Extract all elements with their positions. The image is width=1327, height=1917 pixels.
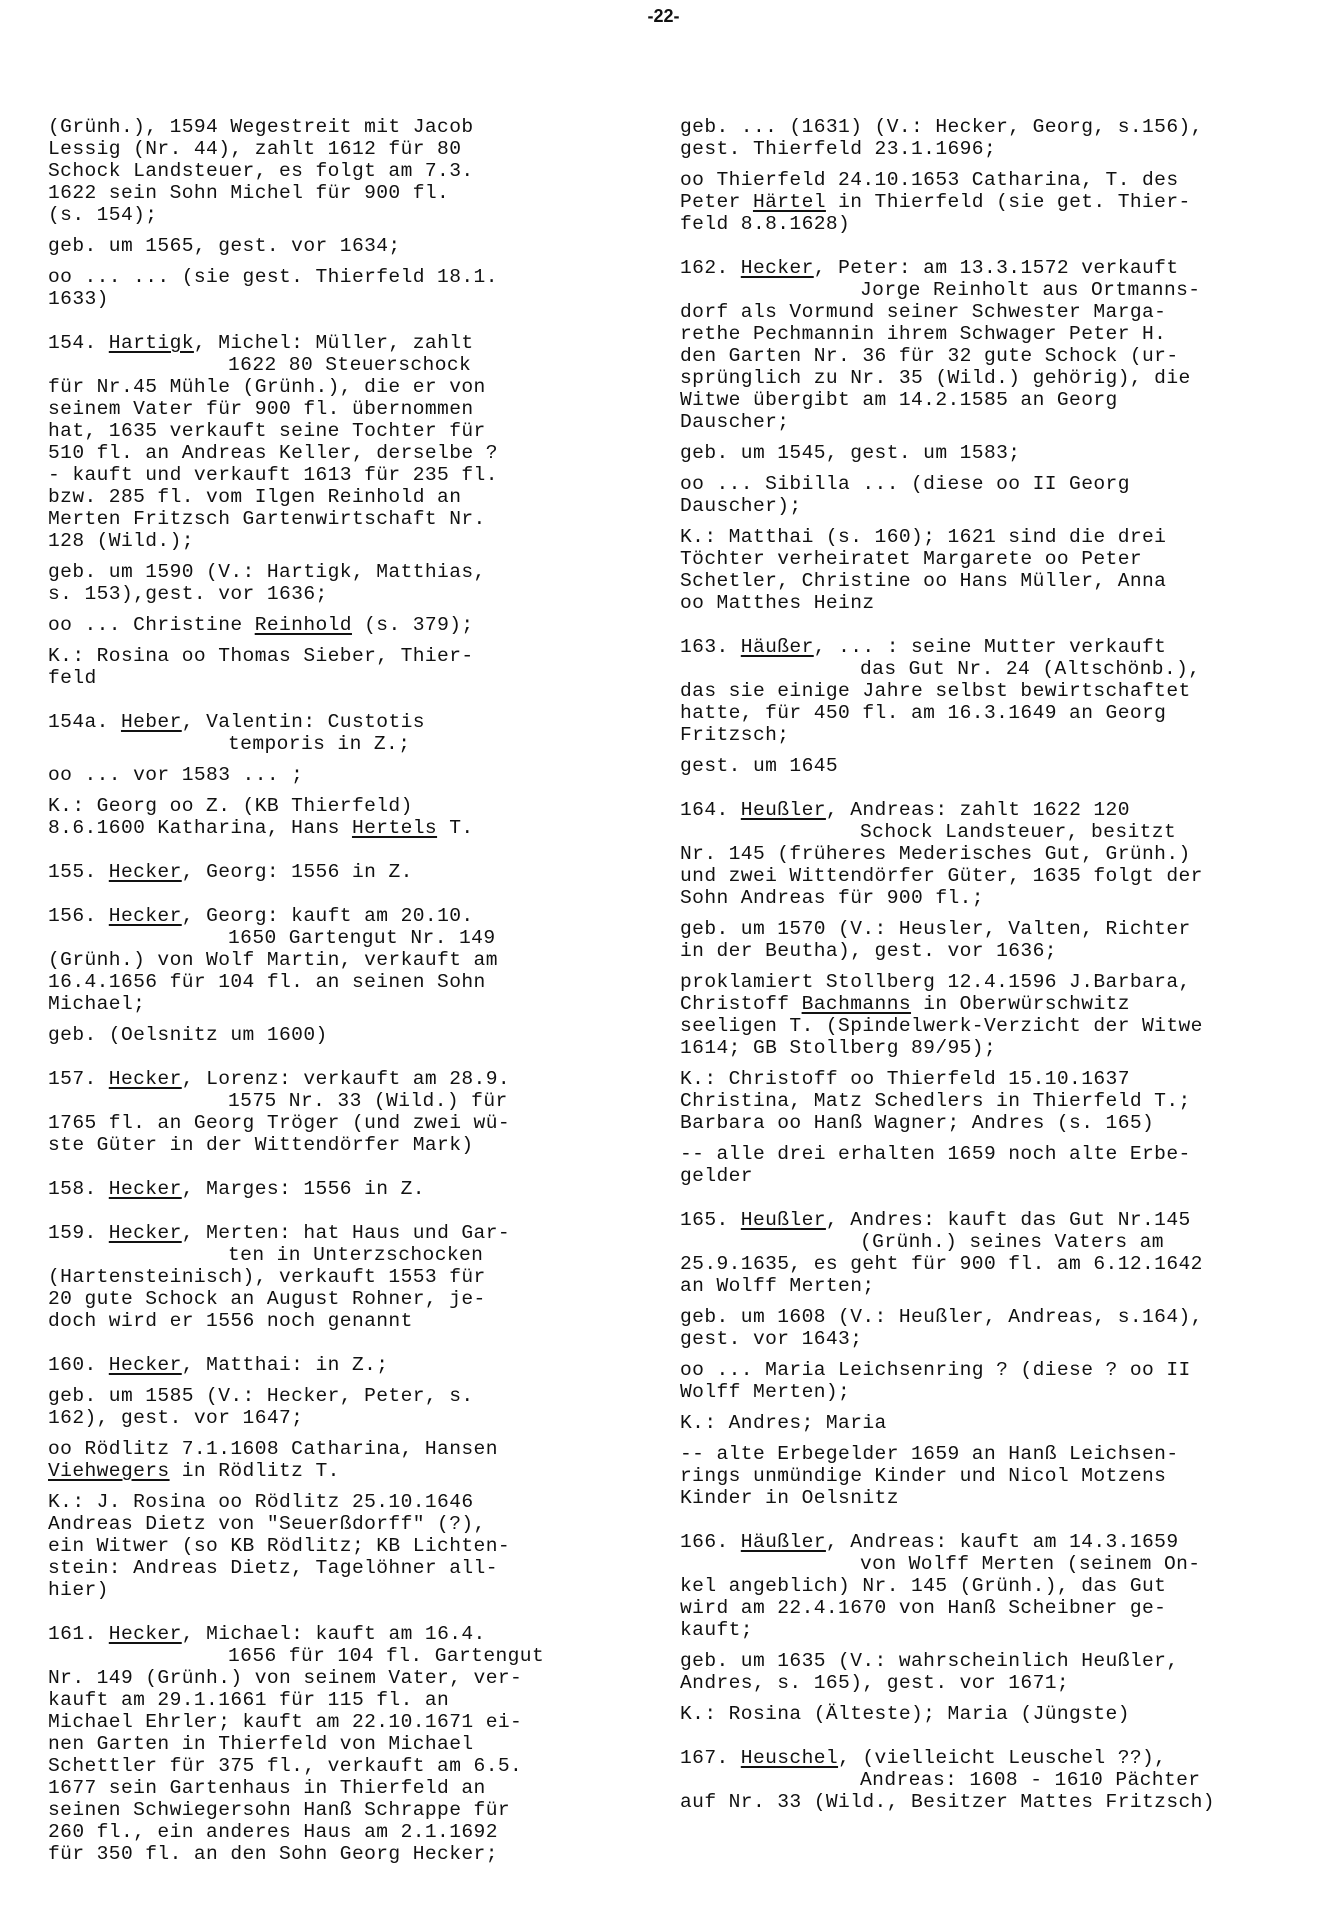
entry-indented-line: das Gut Nr. 24 (Altschönb.),	[680, 658, 1280, 680]
entry-number: 163.	[680, 636, 741, 658]
entry-heading: 163. Häußer, ... : seine Mutter verkauft	[680, 636, 1166, 658]
entry-number: 154.	[48, 332, 109, 354]
entry-indented-line: 1656 für 104 fl. Gartengut	[48, 1645, 568, 1667]
entry-indented-line: Andreas: 1608 - 1610 Pächter	[680, 1769, 1280, 1791]
register-entry: 163. Häußer, ... : seine Mutter verkauft…	[680, 636, 1280, 746]
entry-surname: Häußler	[741, 1531, 826, 1553]
entry-detail-paragraph: geb. um 1635 (V.: wahrscheinlich Heußler…	[680, 1650, 1280, 1694]
entry-heading: 164. Heußler, Andreas: zahlt 1622 120	[680, 799, 1130, 821]
entry-number: 154a.	[48, 711, 121, 733]
entry-surname: Hartigk	[109, 332, 194, 354]
entry-number: 159.	[48, 1222, 109, 1244]
entry-number: 156.	[48, 905, 109, 927]
entry-surname: Heußler	[741, 799, 826, 821]
entry-indented-line: (Grünh.) seines Vaters am	[680, 1231, 1280, 1253]
entry-number: 164.	[680, 799, 741, 821]
entry-indented-line: ten in Unterzschocken	[48, 1244, 568, 1266]
entry-detail-paragraph: oo ... Sibilla ... (diese oo II GeorgDau…	[680, 473, 1280, 517]
register-entry: 161. Hecker, Michael: kauft am 16.4.1656…	[48, 1623, 568, 1865]
register-entry: 160. Hecker, Matthai: in Z.;	[48, 1354, 568, 1376]
entry-detail-paragraph: geb. um 1565, gest. vor 1634;	[48, 235, 568, 257]
register-entry: 159. Hecker, Merten: hat Haus und Gar-te…	[48, 1222, 568, 1332]
entry-detail-paragraph: -- alte Erbegelder 1659 an Hanß Leichsen…	[680, 1443, 1280, 1509]
entry-surname: Hecker	[109, 1178, 182, 1200]
register-entry: 157. Hecker, Lorenz: verkauft am 28.9.15…	[48, 1068, 568, 1156]
entry-detail-paragraph: oo Rödlitz 7.1.1608 Catharina, HansenVie…	[48, 1438, 568, 1482]
entry-heading: 154a. Heber, Valentin: Custotis	[48, 711, 425, 733]
entry-surname: Häußer	[741, 636, 814, 658]
entry-indented-line: 1575 Nr. 33 (Wild.) für	[48, 1090, 568, 1112]
entry-detail-paragraph: K.: Georg oo Z. (KB Thierfeld)8.6.1600 K…	[48, 795, 568, 839]
entry-detail-paragraph: K.: Andres; Maria	[680, 1412, 1280, 1434]
entry-heading: 156. Hecker, Georg: kauft am 20.10.	[48, 905, 474, 927]
register-entry: 166. Häußler, Andreas: kauft am 14.3.165…	[680, 1531, 1280, 1641]
entry-surname: Hecker	[109, 861, 182, 883]
entry-detail-paragraph: geb. (Oelsnitz um 1600)	[48, 1024, 568, 1046]
entry-detail-paragraph: geb. um 1590 (V.: Hartigk, Matthias,s. 1…	[48, 561, 568, 605]
entry-number: 167.	[680, 1747, 741, 1769]
register-entry: 156. Hecker, Georg: kauft am 20.10.1650 …	[48, 905, 568, 1015]
entry-heading: 167. Heuschel, (vielleicht Leuschel ??),	[680, 1747, 1166, 1769]
left-column: (Grünh.), 1594 Wegestreit mit JacobLessi…	[48, 116, 568, 1874]
register-entry: 165. Heußler, Andres: kauft das Gut Nr.1…	[680, 1209, 1280, 1297]
entry-detail-paragraph: geb. ... (1631) (V.: Hecker, Georg, s.15…	[680, 116, 1280, 160]
entry-detail-paragraph: oo ... ... (sie gest. Thierfeld 18.1.163…	[48, 266, 568, 310]
page-number: -22-	[0, 6, 1327, 27]
entry-heading: 160. Hecker, Matthai: in Z.;	[48, 1354, 388, 1376]
register-entry: 164. Heußler, Andreas: zahlt 1622 120Sch…	[680, 799, 1280, 909]
entry-surname: Hecker	[741, 257, 814, 279]
entry-detail-paragraph: geb. um 1585 (V.: Hecker, Peter, s.162),…	[48, 1385, 568, 1429]
entry-surname: Hecker	[109, 1354, 182, 1376]
right-column: geb. ... (1631) (V.: Hecker, Georg, s.15…	[680, 116, 1280, 1822]
register-entry: 162. Hecker, Peter: am 13.3.1572 verkauf…	[680, 257, 1280, 433]
underlined-name: Hertels	[352, 817, 437, 839]
entry-indented-line: von Wolff Merten (seinem On-	[680, 1553, 1280, 1575]
entry-heading: 154. Hartigk, Michel: Müller, zahlt	[48, 332, 474, 354]
entry-number: 160.	[48, 1354, 109, 1376]
entry-detail-paragraph: gest. um 1645	[680, 755, 1280, 777]
register-entry: 167. Heuschel, (vielleicht Leuschel ??),…	[680, 1747, 1280, 1813]
entry-detail-paragraph: (Grünh.), 1594 Wegestreit mit JacobLessi…	[48, 116, 568, 226]
entry-surname: Hecker	[109, 905, 182, 927]
entry-detail-paragraph: oo ... Maria Leichsenring ? (diese ? oo …	[680, 1359, 1280, 1403]
entry-detail-paragraph: K.: Matthai (s. 160); 1621 sind die drei…	[680, 526, 1280, 614]
entry-heading: 162. Hecker, Peter: am 13.3.1572 verkauf…	[680, 257, 1179, 279]
underlined-name: Viehwegers	[48, 1460, 170, 1482]
entry-detail-paragraph: geb. um 1608 (V.: Heußler, Andreas, s.16…	[680, 1306, 1280, 1350]
register-entry: 155. Hecker, Georg: 1556 in Z.	[48, 861, 568, 883]
entry-indented-line: Jorge Reinholt aus Ortmanns-	[680, 279, 1280, 301]
register-entry: 154a. Heber, Valentin: Custotistemporis …	[48, 711, 568, 755]
entry-detail-paragraph: K.: J. Rosina oo Rödlitz 25.10.1646Andre…	[48, 1491, 568, 1601]
entry-heading: 165. Heußler, Andres: kauft das Gut Nr.1…	[680, 1209, 1191, 1231]
entry-indented-line: 1622 80 Steuerschock	[48, 354, 568, 376]
entry-indented-line: Schock Landsteuer, besitzt	[680, 821, 1280, 843]
entry-surname: Hecker	[109, 1222, 182, 1244]
entry-heading: 161. Hecker, Michael: kauft am 16.4.	[48, 1623, 486, 1645]
entry-detail-paragraph: -- alle drei erhalten 1659 noch alte Erb…	[680, 1143, 1280, 1187]
underlined-name: Härtel	[753, 191, 826, 213]
underlined-name: Reinhold	[255, 614, 352, 636]
entry-indented-line: 1650 Gartengut Nr. 149	[48, 927, 568, 949]
entry-heading: 158. Hecker, Marges: 1556 in Z.	[48, 1178, 425, 1200]
entry-surname: Hecker	[109, 1623, 182, 1645]
entry-number: 166.	[680, 1531, 741, 1553]
entry-detail-paragraph: geb. um 1570 (V.: Heusler, Valten, Richt…	[680, 918, 1280, 962]
entry-detail-paragraph: oo ... Christine Reinhold (s. 379);	[48, 614, 568, 636]
entry-detail-paragraph: K.: Rosina (Älteste); Maria (Jüngste)	[680, 1703, 1280, 1725]
entry-surname: Hecker	[109, 1068, 182, 1090]
entry-heading: 159. Hecker, Merten: hat Haus und Gar-	[48, 1222, 510, 1244]
entry-surname: Heuschel	[741, 1747, 838, 1769]
entry-detail-paragraph: oo ... vor 1583 ... ;	[48, 764, 568, 786]
entry-detail-paragraph: geb. um 1545, gest. um 1583;	[680, 442, 1280, 464]
entry-surname: Heber	[121, 711, 182, 733]
entry-number: 162.	[680, 257, 741, 279]
entry-detail-paragraph: K.: Rosina oo Thomas Sieber, Thier-feld	[48, 645, 568, 689]
underlined-name: Bachmanns	[802, 993, 911, 1015]
entry-detail-paragraph: proklamiert Stollberg 12.4.1596 J.Barbar…	[680, 971, 1280, 1059]
entry-heading: 155. Hecker, Georg: 1556 in Z.	[48, 861, 413, 883]
entry-indented-line: temporis in Z.;	[48, 733, 568, 755]
register-entry: 154. Hartigk, Michel: Müller, zahlt1622 …	[48, 332, 568, 552]
register-entry: 158. Hecker, Marges: 1556 in Z.	[48, 1178, 568, 1200]
entry-detail-paragraph: K.: Christoff oo Thierfeld 15.10.1637Chr…	[680, 1068, 1280, 1134]
entry-detail-paragraph: oo Thierfeld 24.10.1653 Catharina, T. de…	[680, 169, 1280, 235]
entry-number: 158.	[48, 1178, 109, 1200]
entry-heading: 166. Häußler, Andreas: kauft am 14.3.165…	[680, 1531, 1179, 1553]
entry-number: 157.	[48, 1068, 109, 1090]
entry-number: 161.	[48, 1623, 109, 1645]
entry-number: 155.	[48, 861, 109, 883]
entry-number: 165.	[680, 1209, 741, 1231]
entry-heading: 157. Hecker, Lorenz: verkauft am 28.9.	[48, 1068, 510, 1090]
entry-surname: Heußler	[741, 1209, 826, 1231]
